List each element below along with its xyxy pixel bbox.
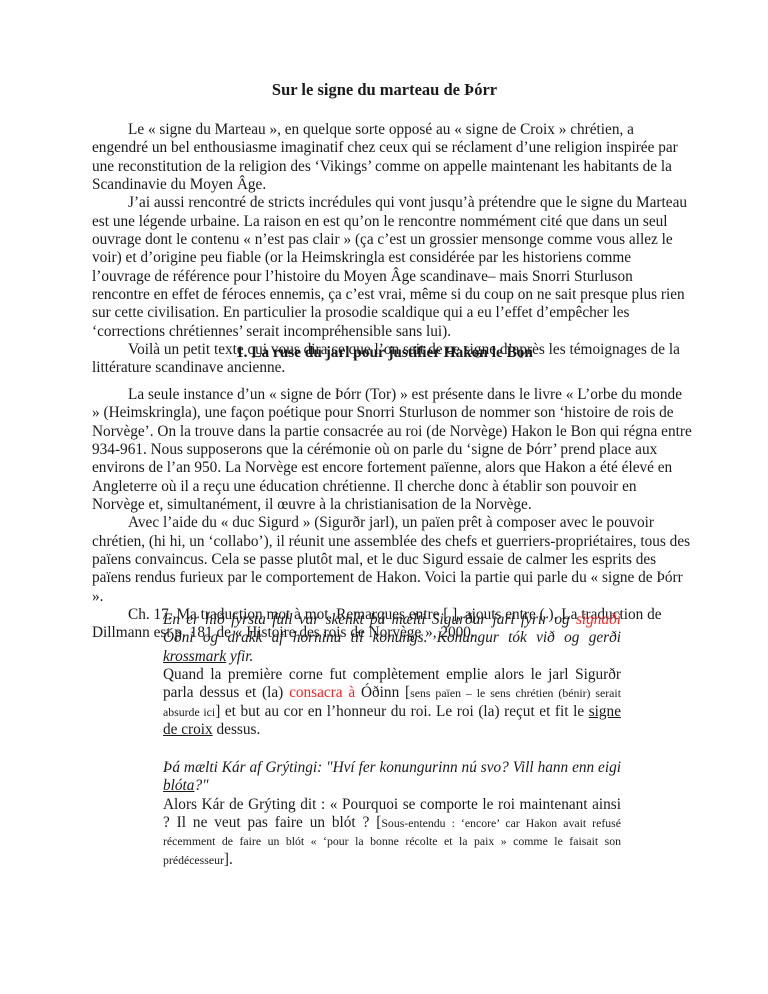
french-translation: Quand la première corne fut complètement…	[163, 666, 621, 739]
document-title: Sur le signe du marteau de Þórr	[92, 80, 677, 100]
text-run: dessus.	[213, 721, 261, 738]
intro-section: Le « signe du Marteau », en quelque sort…	[92, 121, 692, 378]
intro-paragraph: J’ai aussi rencontré de stricts incrédul…	[92, 194, 692, 341]
quote-block-2: Þá mælti Kár af Grýtingi: "Hví fer konun…	[163, 759, 621, 869]
text-run: ].	[224, 851, 233, 868]
underlined-word: blóta	[163, 777, 194, 794]
text-run: Óðni og drakk af horninu til konungs. Ko…	[163, 629, 621, 646]
text-run: Óðinn [	[355, 684, 410, 701]
section-body: La seule instance d’un « signe de Þórr (…	[92, 386, 692, 643]
section-paragraph: Avec l’aide du « duc Sigurd » (Sigurðr j…	[92, 514, 692, 606]
quote-block-1: En er hið fyrsta full var skenkt þá mælt…	[163, 611, 621, 739]
section-heading: 1. La ruse du jarl pour justifier Hakon …	[92, 344, 677, 362]
french-translation: Alors Kár de Grýting dit : « Pourquoi se…	[163, 796, 621, 869]
text-run: ?"	[194, 777, 208, 794]
highlighted-word: signaði	[576, 611, 621, 628]
highlighted-word: consacra à	[289, 684, 355, 701]
intro-paragraph: Le « signe du Marteau », en quelque sort…	[92, 121, 692, 194]
old-norse-text: Þá mælti Kár af Grýtingi: "Hví fer konun…	[163, 759, 621, 796]
text-run: En er hið fyrsta full var skenkt þá mælt…	[163, 611, 576, 628]
text-run: ] et but au cor en l’honneur du roi. Le …	[215, 703, 589, 720]
underlined-word: krossmark	[163, 648, 226, 665]
text-run: yfir.	[226, 648, 253, 665]
section-paragraph: La seule instance d’un « signe de Þórr (…	[92, 386, 692, 514]
old-norse-text: En er hið fyrsta full var skenkt þá mælt…	[163, 611, 621, 666]
text-run: Þá mælti Kár af Grýtingi: "Hví fer konun…	[163, 759, 621, 776]
